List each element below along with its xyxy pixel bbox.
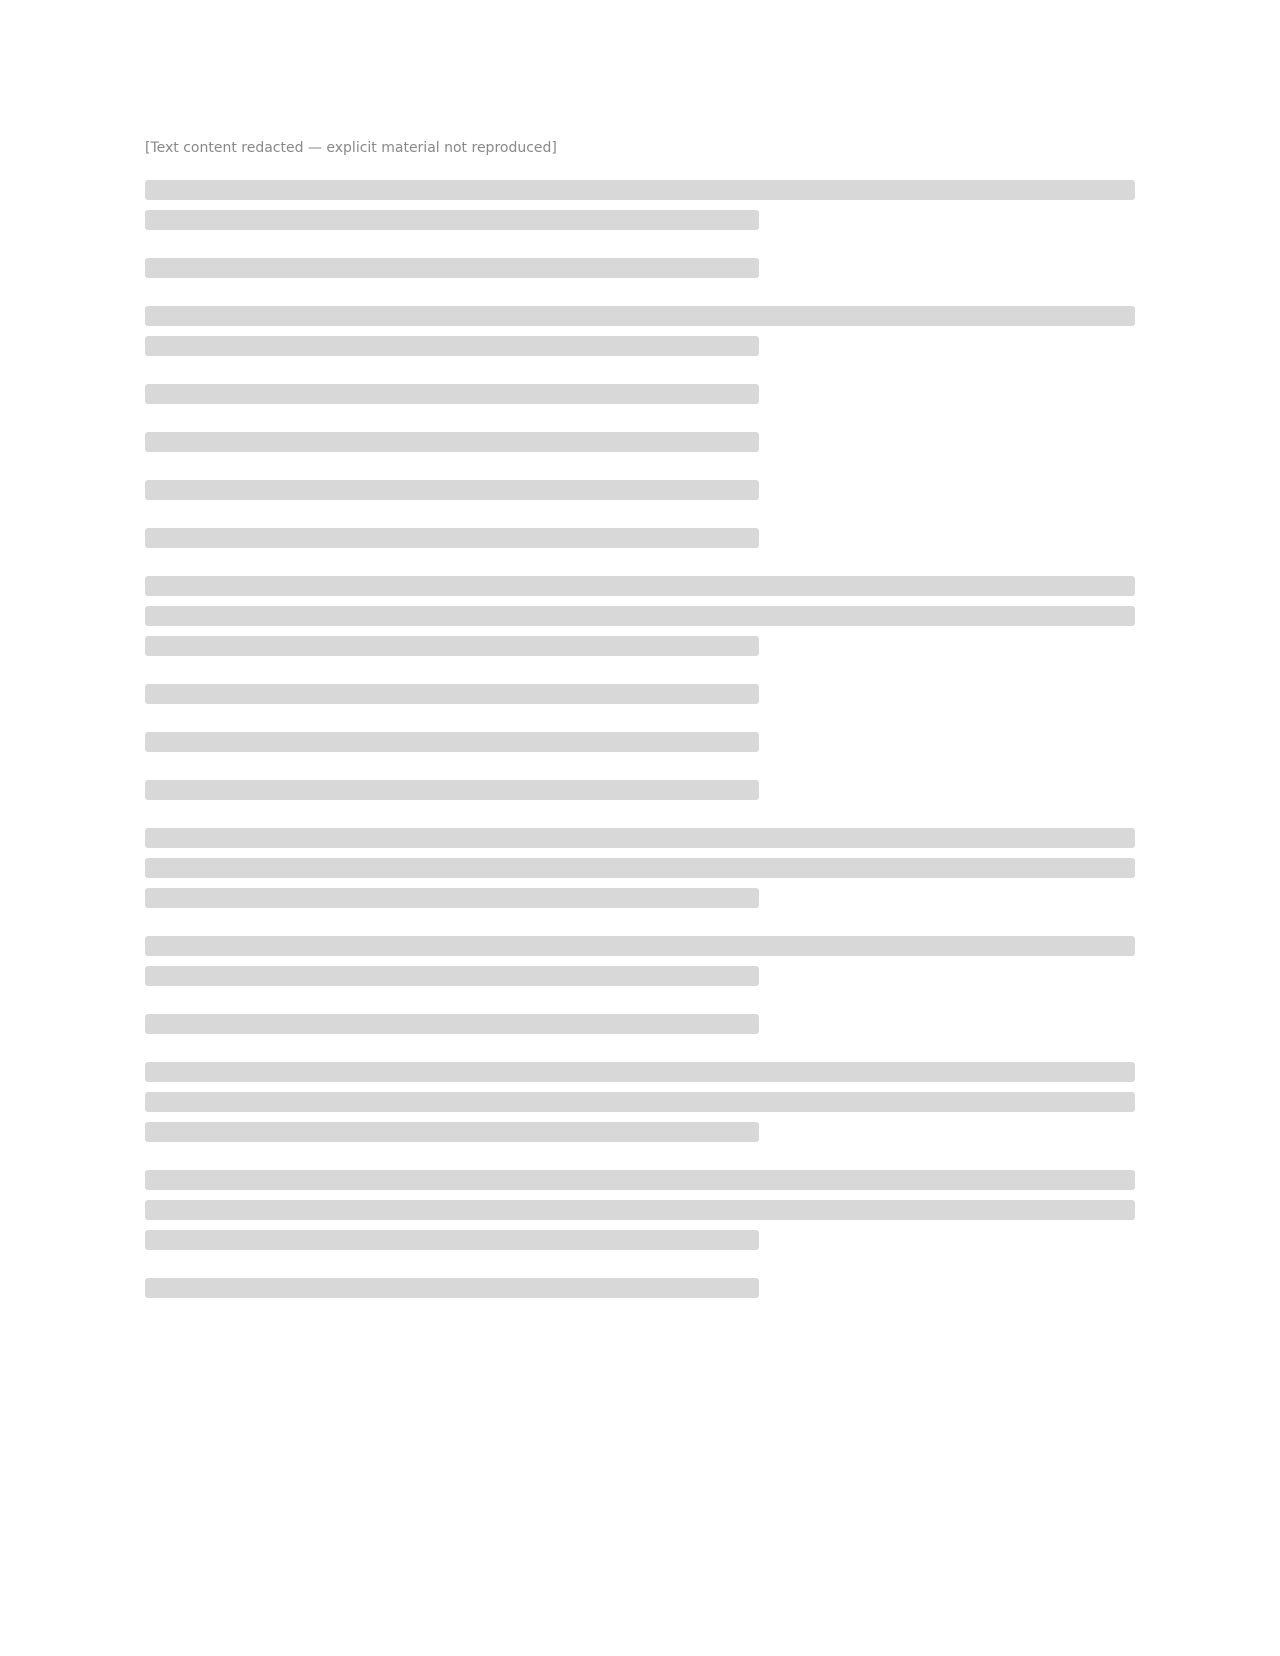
redacted-text-line: [145, 606, 1135, 626]
redacted-paragraph: [145, 480, 1135, 500]
redacted-paragraph: [145, 1278, 1135, 1298]
redacted-paragraph: [145, 1062, 1135, 1142]
redacted-text-line: [145, 858, 1135, 878]
redacted-text-line: [145, 1122, 759, 1142]
redacted-text-line: [145, 936, 1135, 956]
redacted-paragraph: [145, 432, 1135, 452]
redacted-paragraph: [145, 732, 1135, 752]
redacted-paragraph: [145, 258, 1135, 278]
redacted-paragraph: [145, 1014, 1135, 1034]
redacted-text-line: [145, 1278, 759, 1298]
redacted-text-line: [145, 384, 759, 404]
redacted-paragraph: [145, 306, 1135, 356]
redacted-text-line: [145, 828, 1135, 848]
redacted-text-line: [145, 780, 759, 800]
redacted-text-line: [145, 966, 759, 986]
redacted-paragraph: [145, 828, 1135, 908]
redacted-paragraph: [145, 780, 1135, 800]
redacted-text-line: [145, 336, 759, 356]
redacted-text-line: [145, 732, 759, 752]
redacted-text-line: [145, 1230, 759, 1250]
redacted-text-line: [145, 480, 759, 500]
paragraph-container: [145, 180, 1135, 1298]
redacted-text-line: [145, 888, 759, 908]
redacted-text-line: [145, 1170, 1135, 1190]
redacted-text-line: [145, 1062, 1135, 1082]
redacted-text-line: [145, 1014, 759, 1034]
redacted-text-line: [145, 636, 759, 656]
redacted-paragraph: [145, 384, 1135, 404]
redacted-text-line: [145, 210, 759, 230]
redacted-text-line: [145, 306, 1135, 326]
document-page: [Text content redacted — explicit materi…: [0, 0, 1280, 1656]
redacted-text-line: [145, 432, 759, 452]
redacted-paragraph: [145, 576, 1135, 656]
redacted-text-line: [145, 1200, 1135, 1220]
redacted-text-line: [145, 1092, 1135, 1112]
redacted-text-line: [145, 684, 759, 704]
redacted-paragraph: [145, 1170, 1135, 1250]
redacted-text-line: [145, 576, 1135, 596]
redacted-text-line: [145, 528, 759, 548]
redacted-paragraph: [145, 936, 1135, 986]
redacted-text-line: [145, 180, 1135, 200]
redacted-text-line: [145, 258, 759, 278]
redaction-notice: [Text content redacted — explicit materi…: [145, 140, 1135, 156]
redacted-paragraph: [145, 180, 1135, 230]
redacted-paragraph: [145, 528, 1135, 548]
redacted-paragraph: [145, 684, 1135, 704]
